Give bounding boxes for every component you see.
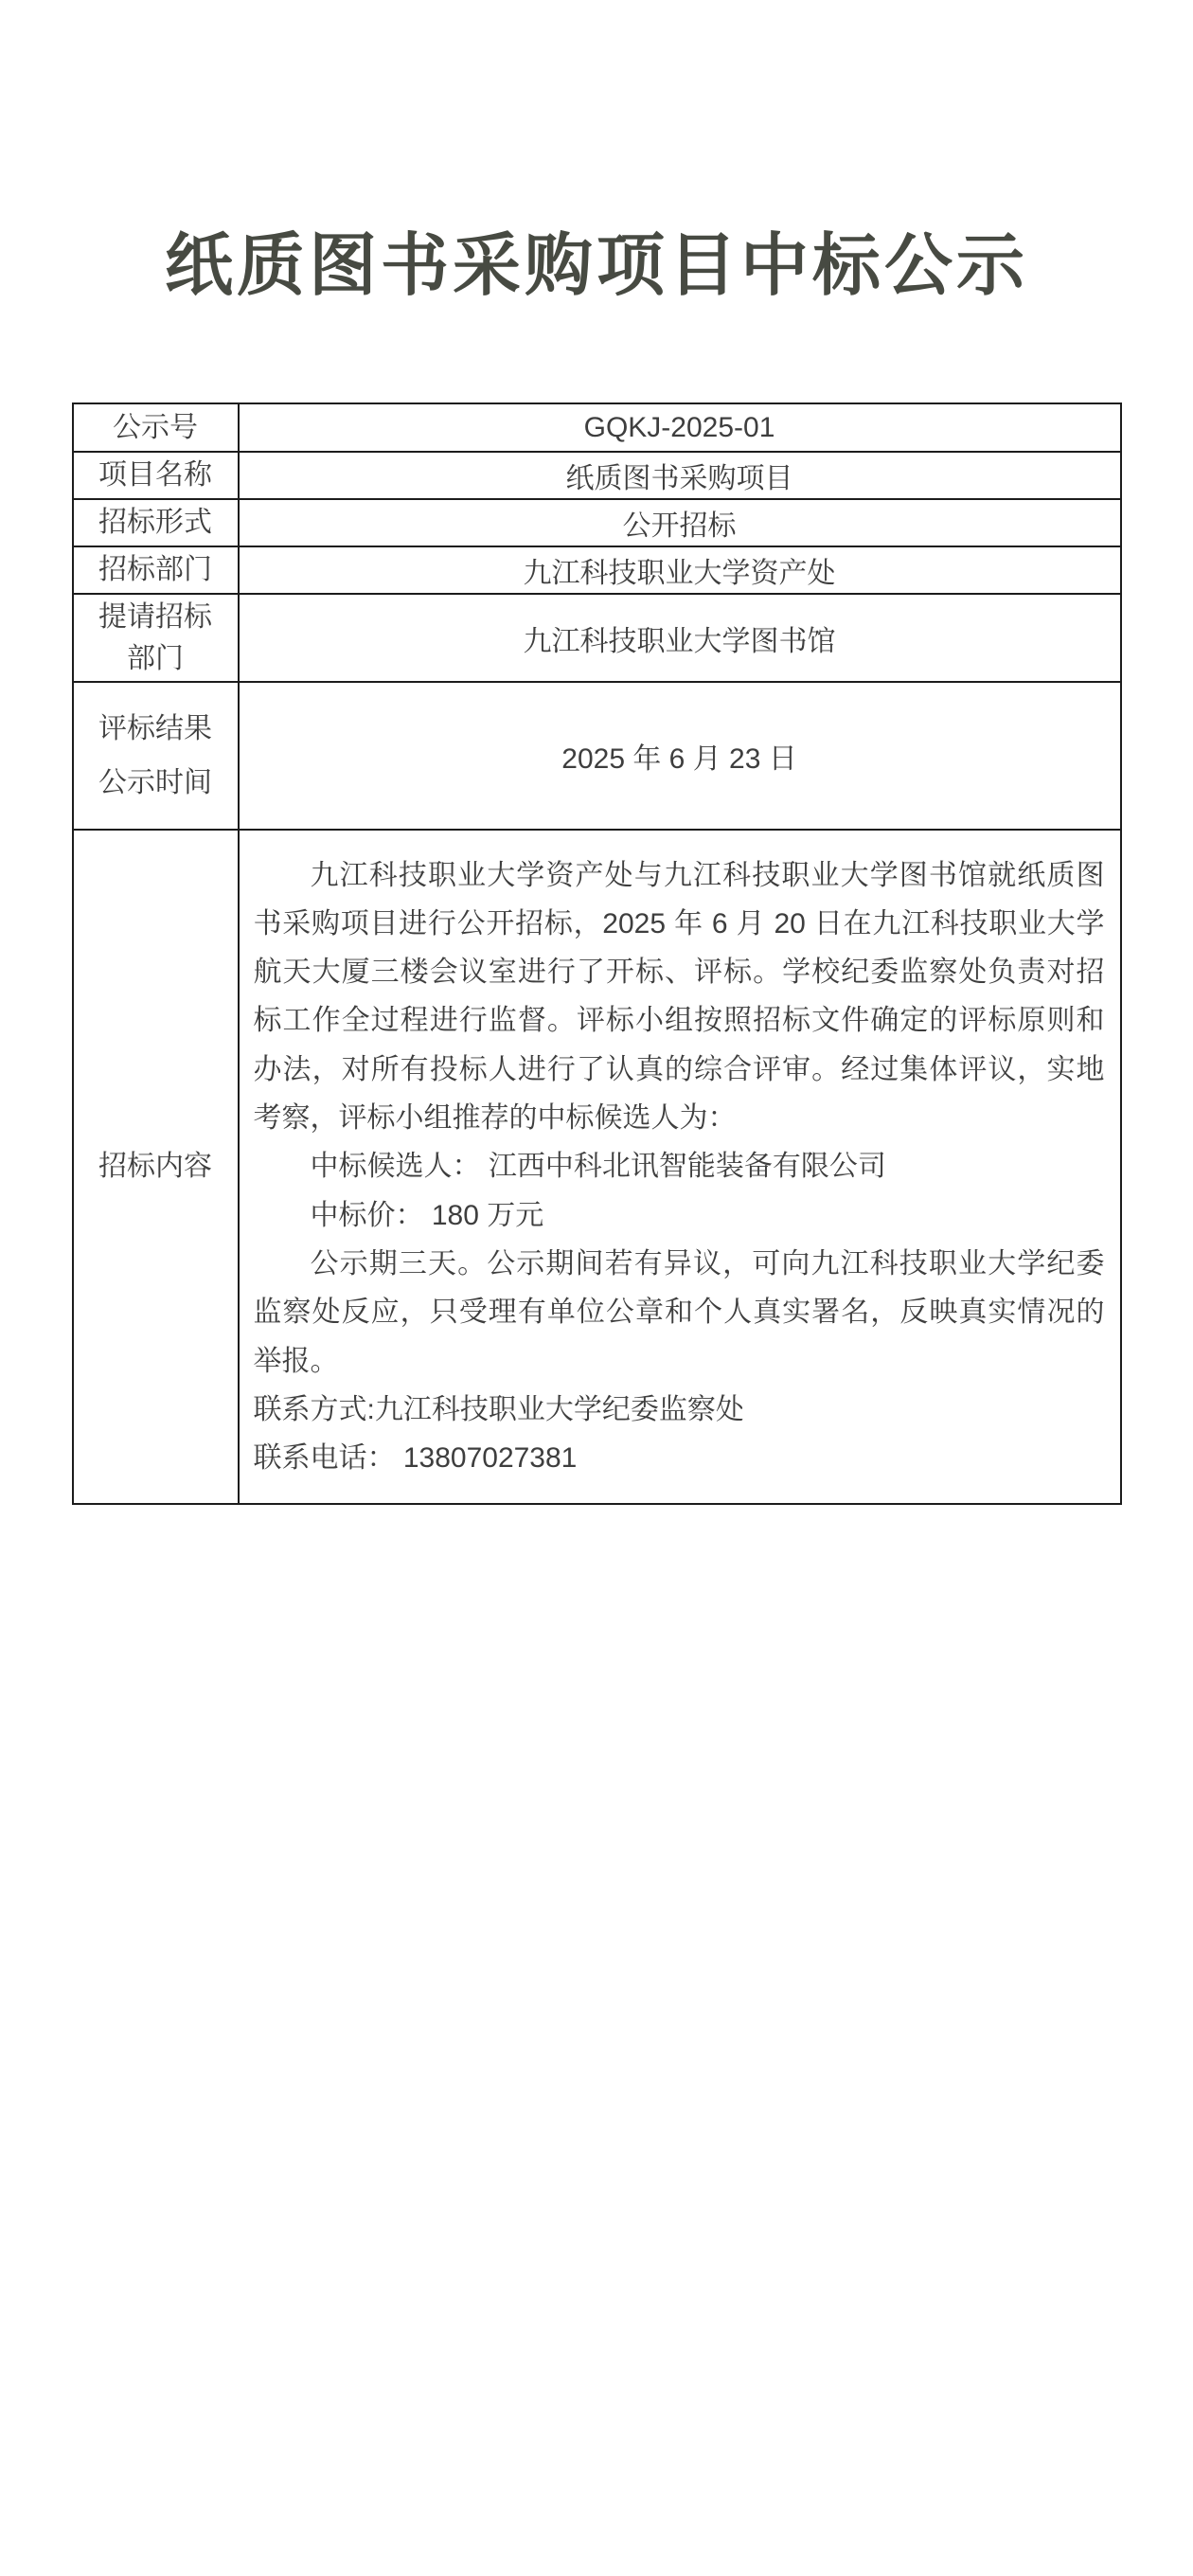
row-label-requesting-department: 提请招标 部门 [73, 594, 239, 682]
row-label-bidding-content: 招标内容 [73, 830, 239, 1504]
table-row: 项目名称 纸质图书采购项目 [73, 452, 1121, 499]
content-line-price: 中标价： 180 万元 [254, 1191, 1105, 1240]
row-value-requesting-department: 九江科技职业大学图书馆 [239, 594, 1121, 682]
content-line-candidate: 中标候选人： 江西中科北讯智能装备有限公司 [254, 1142, 1105, 1190]
notice-table: 公示号 GQKJ-2025-01 项目名称 纸质图书采购项目 招标形式 公开招标… [72, 402, 1122, 1505]
content-paragraph-objection: 公示期三天。公示期间若有异议，可向九江科技职业大学纪委监察处反应，只受理有单位公… [254, 1240, 1105, 1386]
row-value-bidding-content: 九江科技职业大学资产处与九江科技职业大学图书馆就纸质图书采购项目进行公开招标，2… [239, 830, 1121, 1504]
content-line-contact: 联系方式:九江科技职业大学纪委监察处 [254, 1386, 1105, 1434]
row-label-project-name: 项目名称 [73, 452, 239, 499]
table-row: 公示号 GQKJ-2025-01 [73, 403, 1121, 452]
content-line-phone: 联系电话： 13807027381 [254, 1434, 1105, 1482]
row-label-publicity-time: 评标结果 公示时间 [73, 682, 239, 830]
row-label-bidding-department: 招标部门 [73, 546, 239, 594]
table-row: 评标结果 公示时间 2025 年 6 月 23 日 [73, 682, 1121, 830]
content-paragraph-process: 九江科技职业大学资产处与九江科技职业大学图书馆就纸质图书采购项目进行公开招标，2… [254, 851, 1105, 1143]
row-value-project-name: 纸质图书采购项目 [239, 452, 1121, 499]
row-value-publicity-time: 2025 年 6 月 23 日 [239, 682, 1121, 830]
table-row: 招标部门 九江科技职业大学资产处 [73, 546, 1121, 594]
row-value-announcement-no: GQKJ-2025-01 [239, 403, 1121, 452]
row-value-bidding-department: 九江科技职业大学资产处 [239, 546, 1121, 594]
row-value-bidding-form: 公开招标 [239, 499, 1121, 546]
table-row: 招标内容 九江科技职业大学资产处与九江科技职业大学图书馆就纸质图书采购项目进行公… [73, 830, 1121, 1504]
table-row: 招标形式 公开招标 [73, 499, 1121, 546]
table-row: 提请招标 部门 九江科技职业大学图书馆 [73, 594, 1121, 682]
row-label-announcement-no: 公示号 [73, 403, 239, 452]
document-page: 纸质图书采购项目中标公示 公示号 GQKJ-2025-01 项目名称 纸质图书采… [0, 0, 1193, 2576]
page-title: 纸质图书采购项目中标公示 [0, 0, 1193, 300]
row-label-bidding-form: 招标形式 [73, 499, 239, 546]
